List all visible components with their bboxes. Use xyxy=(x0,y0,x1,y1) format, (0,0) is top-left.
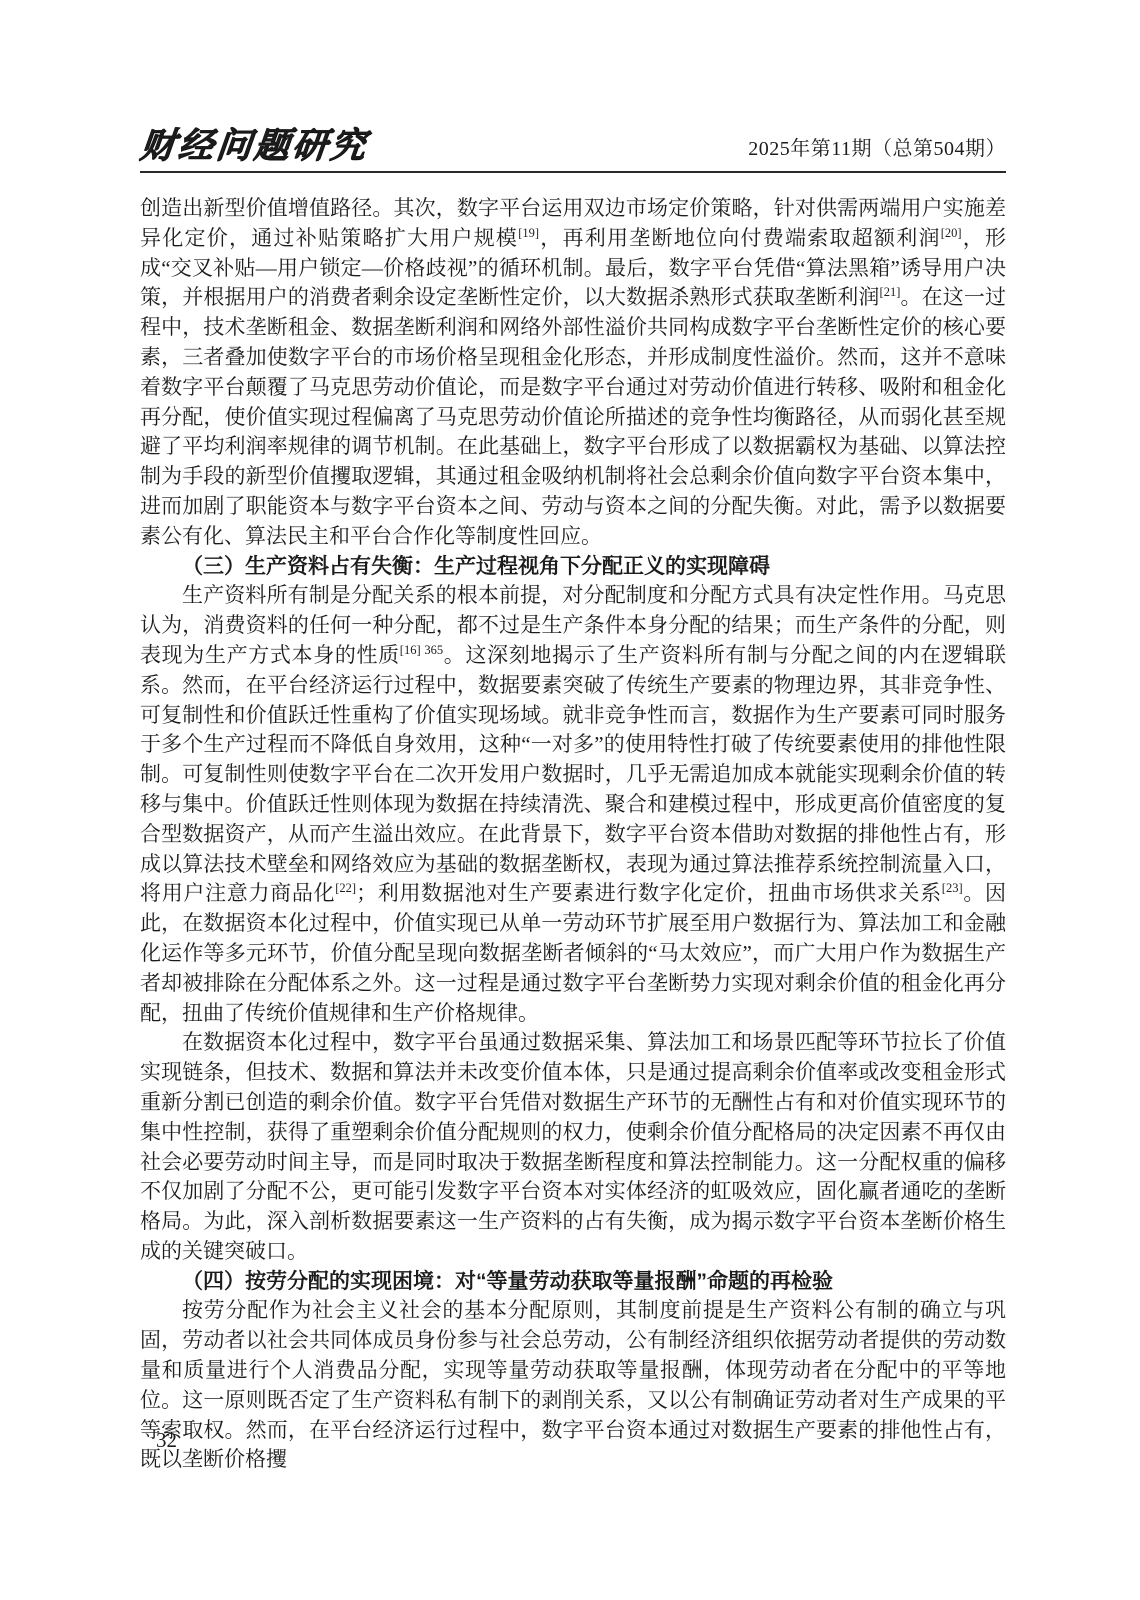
citation-reference: [20] xyxy=(941,226,962,240)
section-heading: （三）生产资料占有失衡：生产过程视角下分配正义的实现障碍 xyxy=(140,552,1006,582)
text-run: ；利用数据池对生产要素进行数字化定价，扭曲市场供求关系 xyxy=(356,881,942,905)
page-number: 32 xyxy=(156,1428,177,1453)
text-run: （四）按劳分配的实现困境：对“等量劳动获取等量报酬”命题的再检验 xyxy=(182,1270,833,1293)
issue-info: 2025年第11期（总第504期） xyxy=(748,139,1006,165)
paragraph: 创造出新型价值增值路径。其次，数字平台运用双边市场定价策略，针对供需两端用户实施… xyxy=(140,194,1006,552)
text-run: 在数据资本化过程中，数字平台虽通过数据采集、算法加工和场景匹配等环节拉长了价值实… xyxy=(140,1030,1006,1263)
paragraph: 按劳分配作为社会主义社会的基本分配原则，其制度前提是生产资料公有制的确立与巩固，… xyxy=(140,1296,1006,1475)
citation-reference: [19] xyxy=(518,226,539,240)
paragraph: 生产资料所有制是分配关系的根本前提，对分配制度和分配方式具有决定性作用。马克思认… xyxy=(140,581,1006,1028)
citation-reference: [23] xyxy=(942,881,963,895)
section-heading: （四）按劳分配的实现困境：对“等量劳动获取等量报酬”命题的再检验 xyxy=(140,1267,1006,1297)
citation-reference: [22] xyxy=(335,881,356,895)
journal-page: 财经问题研究 2025年第11期（总第504期） 创造出新型价值增值路径。其次，… xyxy=(0,0,1140,1600)
text-run: 按劳分配作为社会主义社会的基本分配原则，其制度前提是生产资料公有制的确立与巩固，… xyxy=(140,1298,1006,1471)
paragraph: 在数据资本化过程中，数字平台虽通过数据采集、算法加工和场景匹配等环节拉长了价值实… xyxy=(140,1028,1006,1266)
citation-reference: [16] 365 xyxy=(400,643,443,657)
text-run: 。在这一过程中，技术垄断租金、数据垄断利润和网络外部性溢价共同构成数字平台垄断性… xyxy=(140,285,1006,547)
article-body: 创造出新型价值增值路径。其次，数字平台运用双边市场定价策略，针对供需两端用户实施… xyxy=(140,194,1006,1475)
text-run: ，再利用垄断地位向付费端索取超额利润 xyxy=(539,226,941,250)
text-run: （三）生产资料占有失衡：生产过程视角下分配正义的实现障碍 xyxy=(182,555,770,578)
page-header: 财经问题研究 2025年第11期（总第504期） xyxy=(140,128,1006,173)
journal-logo: 财经问题研究 xyxy=(138,128,370,165)
citation-reference: [21] xyxy=(880,285,901,299)
text-run: 。这深刻地揭示了生产资料所有制与分配之间的内在逻辑联系。然而，在平台经济运行过程… xyxy=(140,643,1006,905)
